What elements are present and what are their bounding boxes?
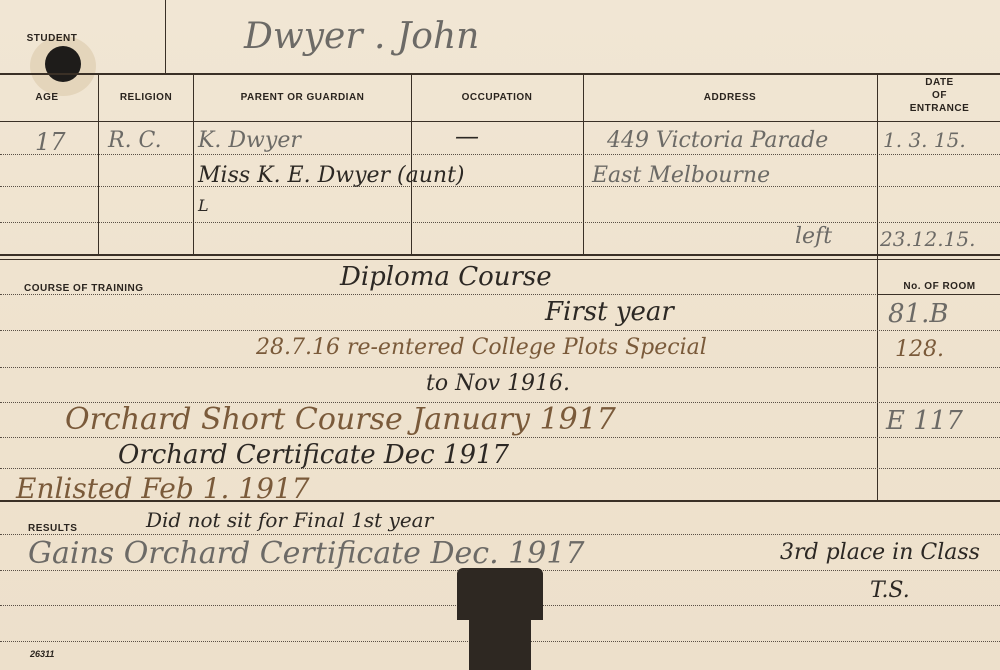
ruled-line: [0, 367, 1000, 368]
room-value-3: E 117: [886, 406, 963, 436]
divider: [0, 73, 1000, 75]
parent-line-3: L: [198, 196, 209, 215]
filing-tab-notch: [457, 568, 543, 670]
left-mark: left: [795, 224, 832, 249]
religion-value: R. C.: [108, 128, 162, 153]
address-line-1: 449 Victoria Parade: [607, 128, 828, 153]
filing-tab-top: [457, 568, 543, 620]
parent-line-2: Miss K. E. Dwyer (aunt): [198, 163, 465, 188]
divider: [877, 294, 1000, 295]
label-address: ADDRESS: [585, 91, 875, 104]
ruled-line: [0, 222, 1000, 223]
course-line-2: First year: [545, 297, 674, 327]
student-record-card: STUDENT AGE RELIGION PARENT OR GUARDIAN …: [0, 0, 1000, 670]
label-age: AGE: [22, 91, 72, 104]
filing-tab-stem: [469, 618, 531, 670]
form-number: 26311: [30, 649, 54, 659]
results-line-1: Did not sit for Final 1st year: [146, 508, 433, 532]
label-parent-or-guardian: PARENT OR GUARDIAN: [195, 91, 410, 104]
ruled-line: [0, 154, 1000, 155]
divider: [583, 74, 584, 256]
date-of-entrance-value: 1. 3. 15.: [883, 128, 966, 152]
age-value: 17: [35, 128, 66, 156]
divider: [0, 121, 1000, 122]
ruled-line: [0, 186, 1000, 187]
student-name: Dwyer . John: [244, 16, 479, 57]
label-course-of-training: COURSE OF TRAINING: [24, 282, 144, 295]
occupation-value: —: [455, 122, 479, 150]
results-line-2: Gains Orchard Certificate Dec. 1917: [28, 536, 585, 571]
punch-hole: [45, 46, 81, 82]
label-date-line: DATE: [879, 76, 1000, 89]
course-line-5: Orchard Short Course January 1917: [65, 402, 616, 437]
label-date-line: ENTRANCE: [879, 102, 1000, 115]
address-line-2: East Melbourne: [592, 163, 770, 188]
results-line-3: 3rd place in Class: [780, 540, 980, 565]
date-left-value: 23.12.15.: [880, 227, 975, 251]
course-line-3: 28.7.16 re-entered College Plots Special: [256, 335, 707, 360]
parent-line-1: K. Dwyer: [198, 128, 301, 153]
label-occupation: OCCUPATION: [413, 91, 581, 104]
label-no-of-room: No. OF ROOM: [879, 280, 1000, 293]
course-line-7: Enlisted Feb 1. 1917: [16, 472, 310, 505]
ruled-line: [0, 294, 1000, 295]
divider: [193, 74, 194, 256]
divider: [98, 74, 99, 256]
label-date-of-entrance: DATE OF ENTRANCE: [879, 76, 1000, 115]
divider: [0, 259, 1000, 260]
divider: [165, 0, 166, 74]
course-line-1: Diploma Course: [340, 262, 552, 292]
label-student: STUDENT: [22, 32, 82, 45]
ruled-line: [0, 534, 1000, 535]
label-religion: RELIGION: [100, 91, 192, 104]
divider: [0, 254, 1000, 256]
ruled-line: [0, 437, 1000, 438]
results-line-4: T.S.: [870, 578, 910, 603]
label-date-line: OF: [879, 89, 1000, 102]
label-results: RESULTS: [28, 522, 77, 535]
course-line-6: Orchard Certificate Dec 1917: [118, 440, 509, 470]
ruled-line: [0, 330, 1000, 331]
room-value-1: 81.B: [888, 299, 948, 329]
course-line-4: to Nov 1916.: [426, 371, 570, 396]
room-value-2: 128.: [895, 337, 944, 362]
